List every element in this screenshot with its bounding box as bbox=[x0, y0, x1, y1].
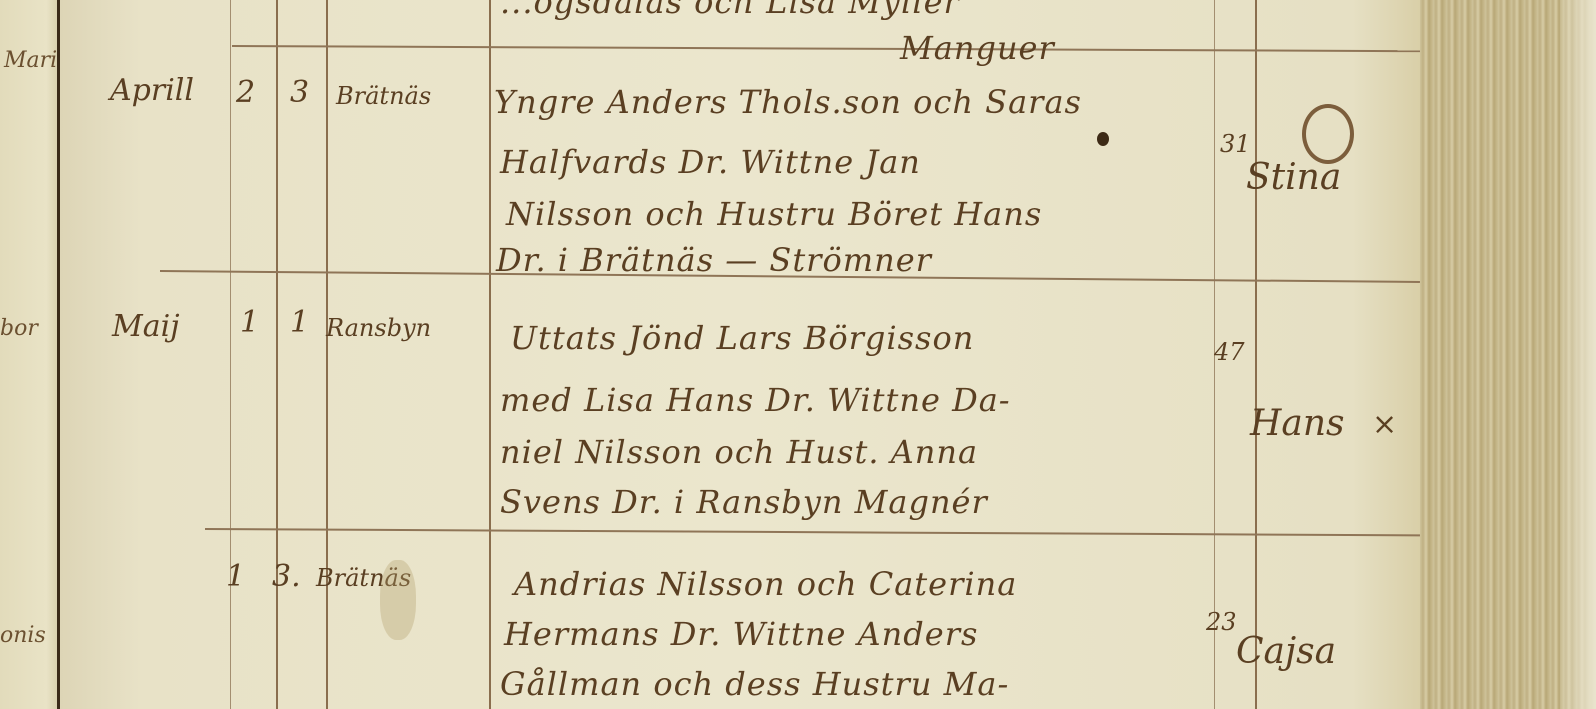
month: Aprill bbox=[110, 76, 194, 106]
entry-line: Gållman och dess Hustru Ma- bbox=[500, 668, 1009, 700]
entry-line: Uttats Jönd Lars Börgisson bbox=[510, 322, 974, 354]
baptism-day: 1 bbox=[290, 308, 309, 338]
child-name: Stina bbox=[1246, 160, 1341, 196]
entry-line: Hermans Dr. Wittne Anders bbox=[504, 618, 978, 650]
place: Ransbyn bbox=[326, 316, 431, 340]
margin-note: onis bbox=[0, 625, 46, 647]
column-rule bbox=[276, 0, 278, 709]
previous-entry-signature: Manguer bbox=[900, 32, 1055, 64]
place: Brätnäs bbox=[336, 84, 431, 108]
month: Maij bbox=[112, 312, 180, 342]
margin-note: bor bbox=[0, 318, 38, 340]
entry-line: Halfvards Dr. Wittne Jan bbox=[500, 146, 921, 178]
birth-day: 2 bbox=[236, 78, 255, 108]
previous-entry-text: ...ogsdalas och Lisa Myller bbox=[500, 0, 960, 18]
child-name: Cajsa bbox=[1236, 634, 1336, 670]
entry-line: Nilsson och Hustru Böret Hans bbox=[506, 198, 1042, 230]
mother-age: 47 bbox=[1214, 340, 1245, 364]
margin-note: Mari bbox=[4, 50, 57, 72]
baptism-day: 3 bbox=[290, 78, 309, 108]
deceased-cross-icon: × bbox=[1372, 410, 1397, 440]
birth-day: 1 bbox=[240, 308, 259, 338]
entry-line: Svens Dr. i Ransbyn Magnér bbox=[500, 486, 988, 518]
entry-line: Dr. i Brätnäs — Strömner bbox=[496, 244, 932, 276]
entry-line: Yngre Anders Thols.son och Saras bbox=[494, 86, 1082, 118]
entry-line: niel Nilsson och Hust. Anna bbox=[500, 436, 978, 468]
initial-flourish-icon bbox=[1302, 104, 1354, 164]
column-rule bbox=[1255, 0, 1257, 709]
mother-age: 31 bbox=[1220, 132, 1251, 156]
mother-age: 23 bbox=[1206, 610, 1237, 634]
baptism-day: 3. bbox=[272, 562, 301, 592]
birth-day: 1 bbox=[226, 562, 245, 592]
column-rule bbox=[230, 0, 231, 709]
column-rule bbox=[489, 0, 491, 709]
ink-blot bbox=[1097, 132, 1109, 146]
entry-line: Andrias Nilsson och Caterina bbox=[514, 568, 1017, 600]
page-edge-highlight bbox=[1560, 0, 1596, 709]
entry-line: med Lisa Hans Dr. Wittne Da- bbox=[500, 384, 1011, 416]
child-name: Hans bbox=[1250, 406, 1345, 442]
left-page bbox=[0, 0, 58, 709]
column-rule bbox=[326, 0, 328, 709]
water-stain bbox=[380, 560, 416, 640]
